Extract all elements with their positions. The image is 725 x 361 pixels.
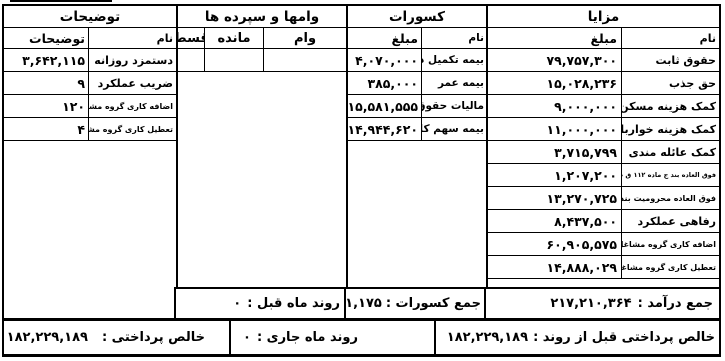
payslip-main-area: مزایا نام مبلغ حقوق ثابت۷۹,۷۵۷,۳۰۰حق جذب… [4, 6, 719, 287]
table-row: حق جذب۱۵,۰۲۸,۲۳۶ [488, 72, 719, 95]
note-value-cell: ۳,۶۴۲,۱۱۵ [4, 49, 88, 71]
net-pay-value: ۱۸۲,۲۲۹,۱۸۹ [7, 330, 88, 345]
loans-header: وام مانده قسط [178, 28, 346, 49]
deduction-name-cell: بیمه تکمیل درمان [421, 49, 486, 71]
benefit-amount-cell: ۱۳,۲۷۰,۷۲۵ [488, 187, 621, 209]
note-value-cell: ۹ [4, 72, 88, 94]
deduction-amount-cell: ۴,۰۷۰,۰۰۰ [348, 49, 421, 71]
loans-title: وامها و سپرده ها [178, 6, 346, 28]
table-row: کمک هزینه مسکن۹,۰۰۰,۰۰۰ [488, 95, 719, 118]
loans-rows [178, 49, 346, 72]
loan-cell [263, 49, 346, 71]
note-name-cell: ضریب عملکرد [88, 72, 176, 94]
deduction-name-cell: بیمه سهم کارگر [421, 118, 486, 140]
table-row: بیمه تکمیل درمان۴,۰۷۰,۰۰۰ [348, 49, 486, 72]
table-row: بیمه عمر۳۸۵,۰۰۰ [348, 72, 486, 95]
benefit-name-cell: تعطیل کاری گروه مشاغل [621, 256, 719, 278]
notes-rows: دستمزد روزانه۳,۶۴۲,۱۱۵ضریب عملکرد۹اضافه … [4, 49, 176, 141]
section-notes: توضیحات نام توضیحات دستمزد روزانه۳,۶۴۲,۱… [4, 6, 176, 287]
notes-header: نام توضیحات [4, 28, 176, 49]
current-month-round-value: ۰ [243, 330, 251, 345]
payslip-table: مزایا نام مبلغ حقوق ثابت۷۹,۷۵۷,۳۰۰حق جذب… [2, 4, 721, 357]
benefit-amount-cell: ۱۵,۰۲۸,۲۳۶ [488, 72, 621, 94]
benefit-name-cell: حقوق ثابت [621, 49, 719, 71]
total-income-value: ۲۱۷,۲۱۰,۳۶۴ [550, 296, 631, 311]
deduction-amount-cell: ۳۸۵,۰۰۰ [348, 72, 421, 94]
table-row: تعطیل کاری گروه مشاغل۴ [4, 118, 176, 141]
loans-empty-space [178, 72, 346, 287]
net-before-round-cell: خالص پرداختی قبل از روند : ۱۸۲,۲۲۹,۱۸۹ [436, 321, 719, 354]
notes-title: توضیحات [4, 6, 176, 28]
benefits-empty-space [488, 279, 719, 287]
benefit-amount-cell: ۱۱,۰۰۰,۰۰۰ [488, 118, 621, 140]
table-row: رفاهی عملکرد۸,۴۳۷,۵۰۰ [488, 210, 719, 233]
installment-cell [178, 49, 204, 71]
loans-col-balance: مانده [204, 28, 263, 48]
deduction-name-cell: بیمه عمر [421, 72, 486, 94]
note-value-cell: ۱۲۰ [4, 95, 88, 117]
payslip-screenshot: مزایا نام مبلغ حقوق ثابت۷۹,۷۵۷,۳۰۰حق جذب… [0, 0, 725, 361]
benefits-rows: حقوق ثابت۷۹,۷۵۷,۳۰۰حق جذب۱۵,۰۲۸,۲۳۶کمک ه… [488, 49, 719, 279]
benefit-amount-cell: ۹,۰۰۰,۰۰۰ [488, 95, 621, 117]
net-pay-cell: خالص پرداختی : ۱۸۲,۲۲۹,۱۸۹ [4, 321, 231, 354]
benefit-name-cell: رفاهی عملکرد [621, 210, 719, 232]
table-row: کمک عائله مندی۳,۷۱۵,۷۹۹ [488, 141, 719, 164]
deductions-title: کسورات [348, 6, 486, 28]
benefits-header: نام مبلغ [488, 28, 719, 49]
note-name-cell: دستمزد روزانه [88, 49, 176, 71]
table-row: حقوق ثابت۷۹,۷۵۷,۳۰۰ [488, 49, 719, 72]
summary-row-totals: جمع درآمد : ۲۱۷,۲۱۰,۳۶۴ جمع کسورات : ۳۴,… [4, 287, 719, 318]
current-month-round-cell: روند ماه جاری : ۰ [231, 321, 436, 354]
summary-row-net: خالص پرداختی قبل از روند : ۱۸۲,۲۲۹,۱۸۹ ر… [4, 318, 719, 354]
note-name-cell: اضافه کاری گروه مشاغل [88, 95, 176, 117]
total-deductions-label: جمع کسورات : [386, 296, 481, 311]
prev-month-round-value: ۰ [233, 296, 241, 311]
net-pay-label: خالص پرداختی : [102, 330, 205, 345]
net-before-round-label: خالص پرداختی قبل از روند : [533, 330, 715, 345]
table-row: فوق العاده بند ج ماده ۱۱۲ ق ب ش۱,۲۰۷,۲۰۰ [488, 164, 719, 187]
notes-col-desc: توضیحات [4, 28, 88, 48]
benefit-amount-cell: ۶۰,۹۰۵,۵۷۵ [488, 233, 621, 255]
benefit-name-cell: فوق العاده محرومیت بند ت [621, 187, 719, 209]
prev-month-round-label: روند ماه قبل : [247, 296, 340, 311]
benefit-name-cell: اضافه کاری گروه مشاغل [621, 233, 719, 255]
table-row: تعطیل کاری گروه مشاغل۱۴,۸۸۸,۰۲۹ [488, 256, 719, 279]
benefit-amount-cell: ۳,۷۱۵,۷۹۹ [488, 141, 621, 163]
table-row: ضریب عملکرد۹ [4, 72, 176, 95]
benefit-name-cell: فوق العاده بند ج ماده ۱۱۲ ق ب ش [621, 164, 719, 186]
benefit-name-cell: کمک عائله مندی [621, 141, 719, 163]
total-deductions-value: ۳۴,۹۸۱,۱۷۵ [346, 296, 382, 311]
section-deductions: کسورات نام مبلغ بیمه تکمیل درمان۴,۰۷۰,۰۰… [346, 6, 486, 287]
benefits-title: مزایا [488, 6, 719, 28]
benefit-name-cell: کمک هزینه خواربار [621, 118, 719, 140]
benefit-name-cell: حق جذب [621, 72, 719, 94]
benefit-amount-cell: ۸,۴۳۷,۵۰۰ [488, 210, 621, 232]
total-income-label: جمع درآمد : [638, 296, 713, 311]
loans-col-loan: وام [263, 28, 346, 48]
table-row: دستمزد روزانه۳,۶۴۲,۱۱۵ [4, 49, 176, 72]
note-value-cell: ۴ [4, 118, 88, 140]
benefit-amount-cell: ۷۹,۷۵۷,۳۰۰ [488, 49, 621, 71]
section-loans: وامها و سپرده ها وام مانده قسط [176, 6, 346, 287]
table-row: اضافه کاری گروه مشاغل۱۲۰ [4, 95, 176, 118]
benefit-name-cell: کمک هزینه مسکن [621, 95, 719, 117]
table-row: فوق العاده محرومیت بند ت۱۳,۲۷۰,۷۲۵ [488, 187, 719, 210]
note-name-cell: تعطیل کاری گروه مشاغل [88, 118, 176, 140]
total-income-cell: جمع درآمد : ۲۱۷,۲۱۰,۳۶۴ [486, 287, 719, 318]
deductions-empty-space [348, 141, 486, 287]
deductions-col-name: نام [421, 28, 486, 48]
benefit-amount-cell: ۱,۲۰۷,۲۰۰ [488, 164, 621, 186]
section-benefits: مزایا نام مبلغ حقوق ثابت۷۹,۷۵۷,۳۰۰حق جذب… [486, 6, 719, 287]
balance-cell [204, 49, 263, 71]
table-row: کمک هزینه خواربار۱۱,۰۰۰,۰۰۰ [488, 118, 719, 141]
screen-edge-artifact [10, 0, 112, 2]
deductions-col-amount: مبلغ [348, 28, 421, 48]
total-deductions-cell: جمع کسورات : ۳۴,۹۸۱,۱۷۵ [346, 287, 486, 318]
prev-month-round-cell: روند ماه قبل : ۰ [176, 287, 346, 318]
net-before-round-value: ۱۸۲,۲۲۹,۱۸۹ [447, 330, 528, 345]
deduction-amount-cell: ۱۴,۹۴۴,۶۲۰ [348, 118, 421, 140]
table-row: اضافه کاری گروه مشاغل۶۰,۹۰۵,۵۷۵ [488, 233, 719, 256]
benefits-col-name: نام [621, 28, 719, 48]
summary-empty-cell [4, 287, 176, 318]
deduction-name-cell: مالیات حقوق [421, 95, 486, 117]
deductions-header: نام مبلغ [348, 28, 486, 49]
benefits-col-amount: مبلغ [488, 28, 621, 48]
notes-empty-space [4, 141, 176, 287]
deduction-amount-cell: ۱۵,۵۸۱,۵۵۵ [348, 95, 421, 117]
table-row: مالیات حقوق۱۵,۵۸۱,۵۵۵ [348, 95, 486, 118]
loans-col-installment: قسط [178, 28, 204, 48]
benefit-amount-cell: ۱۴,۸۸۸,۰۲۹ [488, 256, 621, 278]
table-row: بیمه سهم کارگر۱۴,۹۴۴,۶۲۰ [348, 118, 486, 141]
table-row [178, 49, 346, 72]
current-month-round-label: روند ماه جاری : [257, 330, 358, 345]
notes-col-name: نام [88, 28, 176, 48]
deductions-rows: بیمه تکمیل درمان۴,۰۷۰,۰۰۰بیمه عمر۳۸۵,۰۰۰… [348, 49, 486, 141]
